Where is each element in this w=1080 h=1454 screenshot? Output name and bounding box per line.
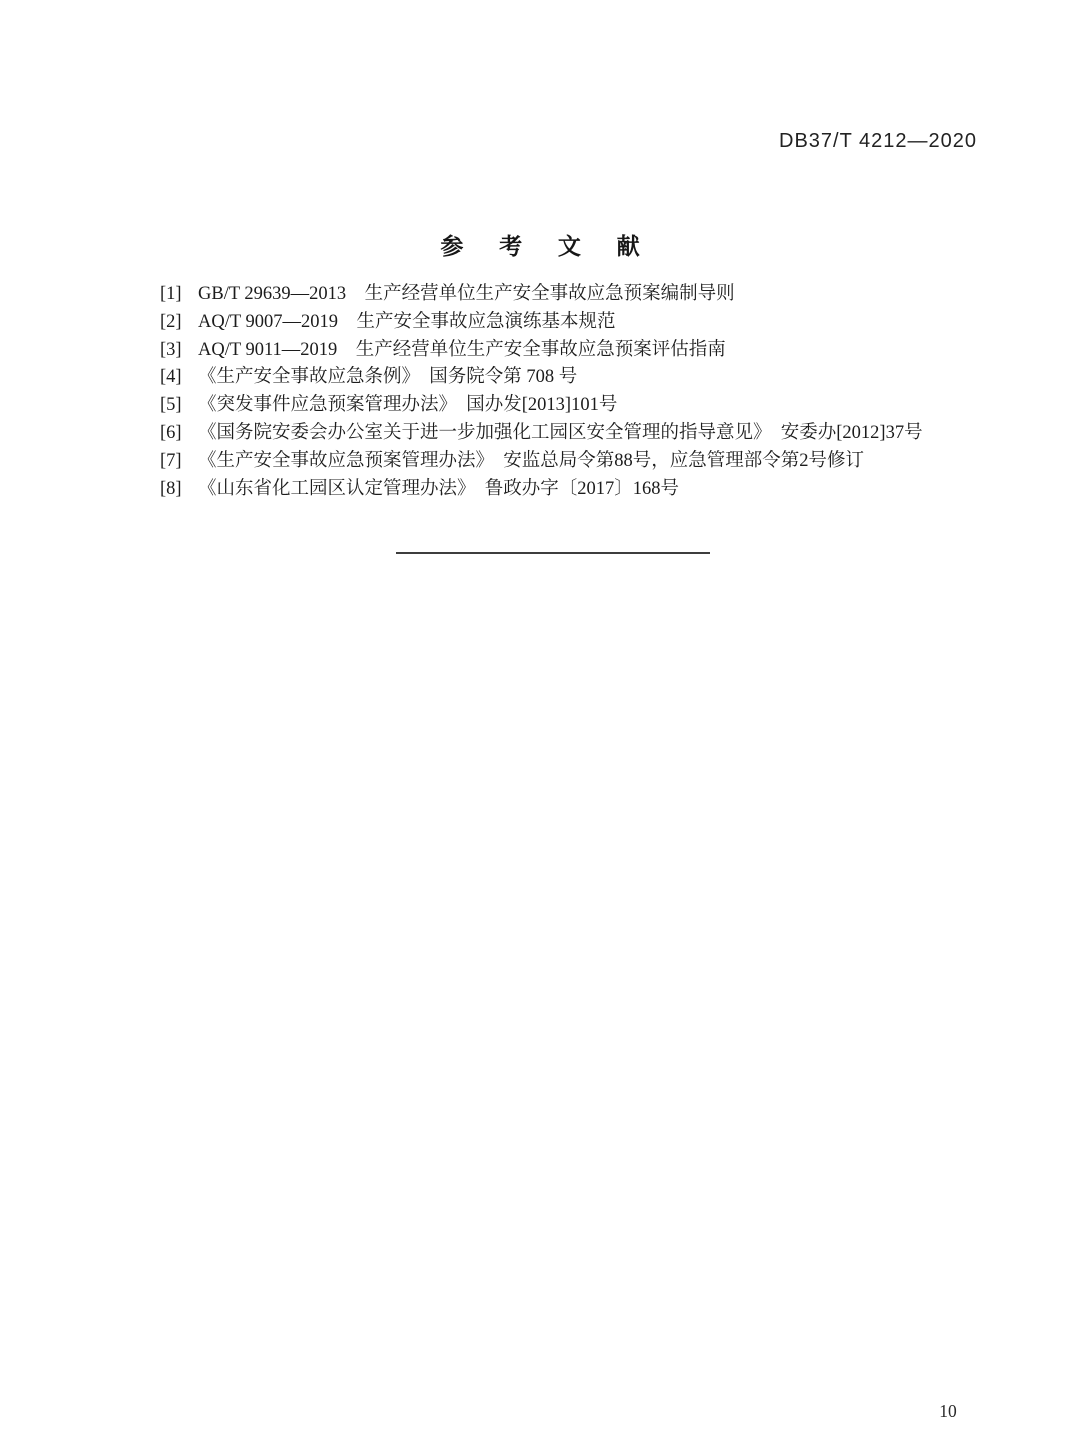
reference-number: [6] (160, 420, 198, 448)
page-number: 10 (928, 1401, 968, 1422)
reference-number: [5] (160, 392, 198, 420)
reference-item: [1] GB/T 29639—2013 生产经营单位生产安全事故应急预案编制导则 (160, 281, 990, 309)
reference-number: [3] (160, 337, 198, 365)
reference-number: [1] (160, 281, 198, 309)
document-page: DB37/T 4212—2020 参 考 文 献 [1] GB/T 29639—… (0, 0, 1080, 1454)
reference-text: 《山东省化工园区认定管理办法》 鲁政办字〔2017〕168号 (198, 476, 990, 504)
reference-item: [5] 《突发事件应急预案管理办法》 国办发[2013]101号 (160, 392, 990, 420)
reference-item: [4] 《生产安全事故应急条例》 国务院令第 708 号 (160, 364, 990, 392)
reference-item: [7] 《生产安全事故应急预案管理办法》 安监总局令第88号，应急管理部令第2号… (160, 448, 990, 476)
reference-item: [3] AQ/T 9011—2019 生产经营单位生产安全事故应急预案评估指南 (160, 337, 990, 365)
reference-number: [2] (160, 309, 198, 337)
reference-text: 《生产安全事故应急预案管理办法》 安监总局令第88号，应急管理部令第2号修订 (198, 448, 990, 476)
reference-text: 《国务院安委会办公室关于进一步加强化工园区安全管理的指导意见》 安委办[2012… (198, 420, 990, 448)
reference-text: 《突发事件应急预案管理办法》 国办发[2013]101号 (198, 392, 990, 420)
reference-text: AQ/T 9011—2019 生产经营单位生产安全事故应急预案评估指南 (198, 337, 990, 365)
references-list: [1] GB/T 29639—2013 生产经营单位生产安全事故应急预案编制导则… (160, 281, 990, 503)
reference-text: GB/T 29639—2013 生产经营单位生产安全事故应急预案编制导则 (198, 281, 990, 309)
references-title: 参 考 文 献 (0, 228, 1080, 261)
reference-item: [6] 《国务院安委会办公室关于进一步加强化工园区安全管理的指导意见》 安委办[… (160, 420, 990, 448)
standard-code-header: DB37/T 4212—2020 (779, 130, 977, 153)
reference-item: [8] 《山东省化工园区认定管理办法》 鲁政办字〔2017〕168号 (160, 476, 990, 504)
reference-number: [7] (160, 448, 198, 476)
reference-number: [4] (160, 364, 198, 392)
reference-text: AQ/T 9007—2019 生产安全事故应急演练基本规范 (198, 309, 990, 337)
reference-number: [8] (160, 476, 198, 504)
reference-text: 《生产安全事故应急条例》 国务院令第 708 号 (198, 364, 990, 392)
end-of-document-rule (396, 552, 710, 554)
reference-item: [2] AQ/T 9007—2019 生产安全事故应急演练基本规范 (160, 309, 990, 337)
